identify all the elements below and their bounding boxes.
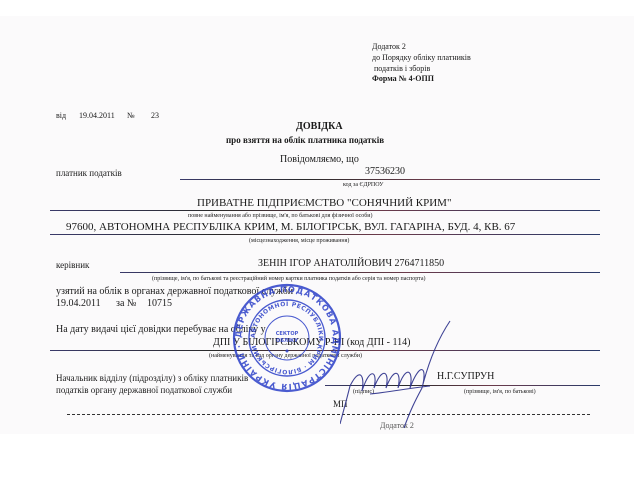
address-line xyxy=(50,234,600,235)
registration-number: 10715 xyxy=(147,299,172,309)
doc-no-label: № xyxy=(127,112,135,120)
name-line xyxy=(50,210,600,211)
appendix-ref: до Порядку обліку платників xyxy=(372,54,471,62)
cut-line xyxy=(67,414,590,415)
name-caption: повне найменування або прізвище, ім'я, п… xyxy=(188,213,373,219)
official-stamp-icon: ДЕРЖАВНА ПОДАТКОВА АДМІНІСТРАЦІЯ УКРАЇНИ… xyxy=(232,283,342,393)
svg-text:СЕКТОР: СЕКТОР xyxy=(276,331,299,337)
edrpou-caption: код за ЄДРПОУ xyxy=(343,182,384,188)
registration-no-label: за № xyxy=(116,299,136,309)
signer-position-2: податків органу державної податкової слу… xyxy=(56,386,232,395)
edrpou-line xyxy=(180,179,600,180)
signature-scribble xyxy=(340,316,460,431)
taxpayer-label: платник податків xyxy=(56,169,122,178)
signer-position-1: Начальник відділу (підрозділу) з обліку … xyxy=(56,374,248,383)
scanned-page: Додаток 2 до Порядку обліку платників по… xyxy=(0,16,634,434)
appendix-ref-2: податків і зборів xyxy=(374,65,430,73)
notice-text: Повідомляємо, що xyxy=(280,155,359,165)
taxpayer-name: ПРИВАТНЕ ПІДПРИЄМСТВО "СОНЯЧНИЙ КРИМ" xyxy=(197,198,451,209)
address-caption: (місцезнаходження, місце проживання) xyxy=(249,238,349,244)
director-value: ЗЕНІН ІГОР АНАТОЛІЙОВИЧ 2764711850 xyxy=(258,259,444,269)
director-line xyxy=(120,272,600,273)
director-caption: (прізвище, ім'я, по батькові та реєстрац… xyxy=(152,276,426,282)
appendix-label: Додаток 2 xyxy=(372,43,406,51)
registration-date: 19.04.2011 xyxy=(56,299,101,309)
form-number: Форма № 4-ОПП xyxy=(372,75,434,83)
doc-title: ДОВІДКА xyxy=(296,122,343,132)
taxpayer-address: 97600, АВТОНОМНА РЕСПУБЛІКА КРИМ, М. БІЛ… xyxy=(66,222,515,233)
director-label: керівник xyxy=(56,261,89,270)
doc-date: 19.04.2011 xyxy=(79,112,115,120)
from-label: від xyxy=(56,112,66,120)
svg-text:ОБЛІКУ: ОБЛІКУ xyxy=(276,338,298,344)
name-caption-sign: (прізвище, ім'я, по батькові) xyxy=(464,389,536,395)
doc-number: 23 xyxy=(151,112,159,120)
edrpou-code: 37536230 xyxy=(365,167,405,177)
doc-subtitle: про взяття на облік платника податків xyxy=(226,136,384,145)
